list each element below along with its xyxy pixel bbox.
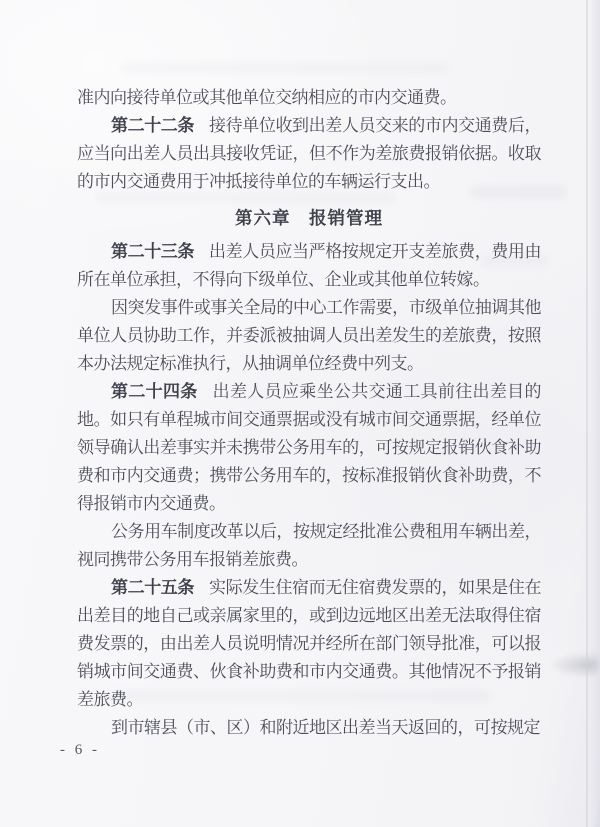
article-23-number: 第二十三条	[111, 242, 194, 261]
document-body: 准内向接待单位或其他单位交纳相应的市内交通费。 第二十二条接待单位收到出差人员交…	[77, 84, 541, 742]
scan-right-edge-line	[586, 0, 588, 827]
bleed-through-smudge	[120, 62, 450, 74]
paragraph-article-24-supplement: 公务用车制度改革以后，按规定经批准公费租用车辆出差，视同携带公务用车报销差旅费。	[77, 518, 541, 574]
article-24-number: 第二十四条	[111, 382, 198, 401]
paragraph-article-25: 第二十五条实际发生住宿而无住宿费发票的，如果是住在出差目的地自己或亲属家里的，或…	[77, 574, 541, 714]
scanned-document-page: 准内向接待单位或其他单位交纳相应的市内交通费。 第二十二条接待单位收到出差人员交…	[0, 0, 600, 827]
paragraph-article-23-supplement: 因突发事件或事关全局的中心工作需要，市级单位抽调其他单位人员协助工作，并委派被抽…	[77, 294, 541, 378]
article-24-text: 出差人员应乘坐公共交通工具前往出差目的地。如只有单程城市间交通票据或没有城市间交…	[77, 382, 541, 513]
page-number: - 6 -	[60, 742, 100, 759]
paragraph-article-23: 第二十三条出差人员应当严格按规定开支差旅费，费用由所在单位承担，不得向下级单位、…	[77, 238, 541, 294]
article-25-number: 第二十五条	[111, 578, 194, 597]
paragraph-article-25-supplement: 到市辖县（市、区）和附近地区出差当天返回的，可按规定	[77, 714, 541, 742]
scan-right-edge	[588, 0, 600, 827]
paragraph-article-24: 第二十四条出差人员应乘坐公共交通工具前往出差目的地。如只有单程城市间交通票据或没…	[77, 378, 541, 518]
chapter-heading: 第六章 报销管理	[77, 204, 541, 232]
paragraph-article-22: 第二十二条接待单位收到出差人员交来的市内交通费后，应当向出差人员出具接收凭证，但…	[77, 112, 541, 196]
article-22-number: 第二十二条	[111, 116, 194, 135]
article-25-text: 实际发生住宿而无住宿费发票的，如果是住在出差目的地自己或亲属家里的，或到边远地区…	[77, 578, 541, 709]
continuation-paragraph: 准内向接待单位或其他单位交纳相应的市内交通费。	[77, 84, 541, 112]
